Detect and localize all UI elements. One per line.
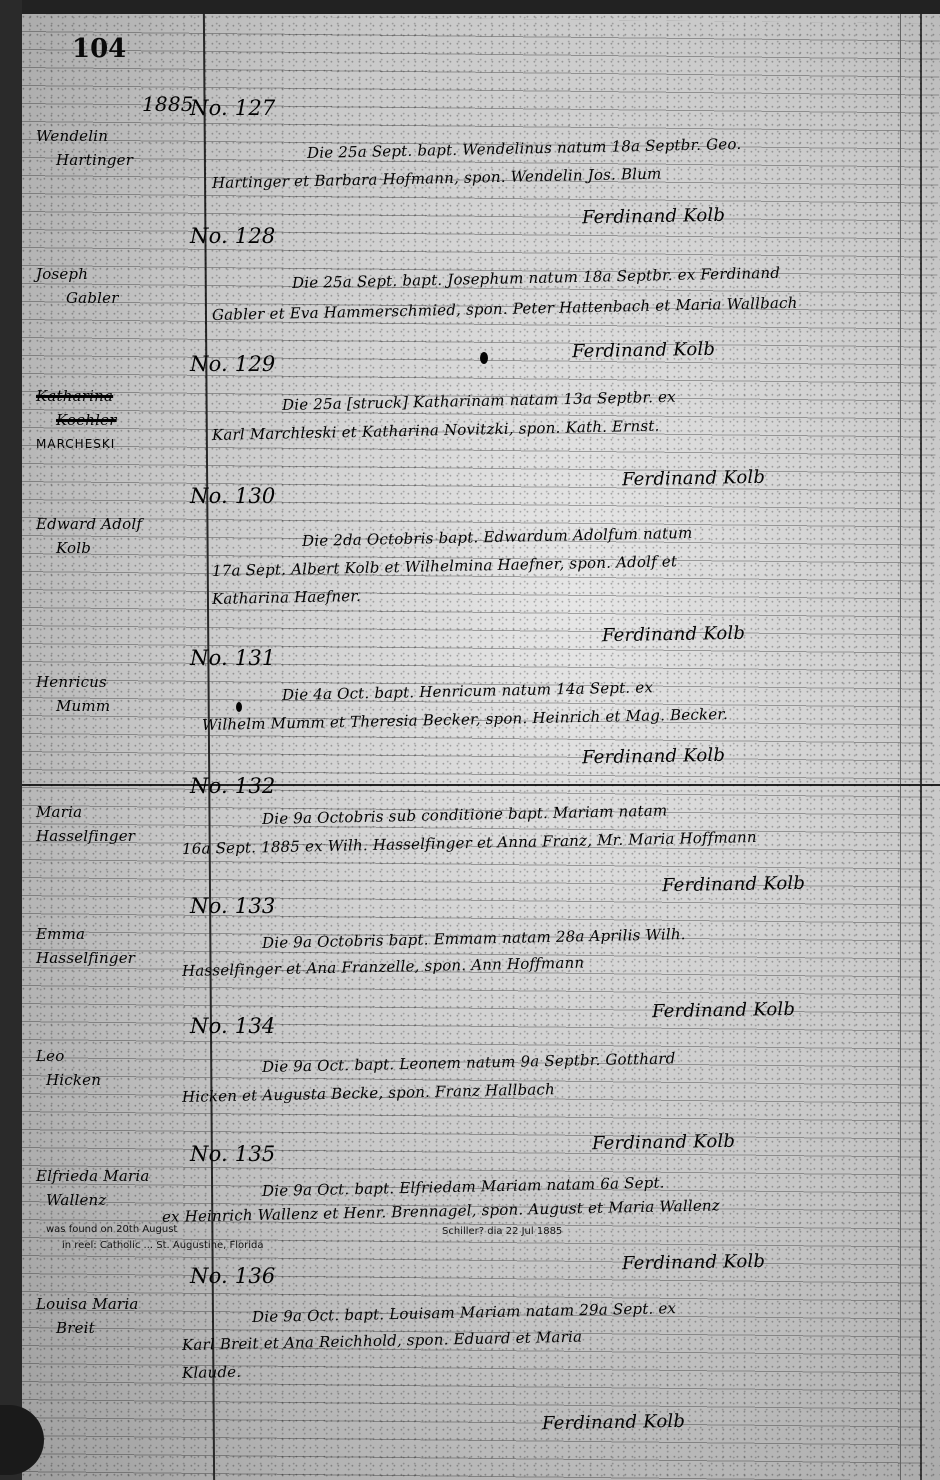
given-name: Henricus [36,670,196,694]
entry-number: No. 127 [190,96,275,120]
book-binding-edge [0,0,22,1480]
entry-number: No. 129 [190,352,275,376]
priest-signature: Ferdinand Kolb [582,205,725,228]
entry-number: No. 131 [190,646,275,670]
margin-child-name: Elfrieda Maria Wallenz [36,1164,196,1212]
section-divider [22,784,940,786]
later-margin-note: was found on 20th August [46,1224,177,1235]
given-name: Louisa Maria [36,1292,196,1316]
surname: Breit [36,1316,196,1340]
entry-text-line: Hartinger et Barbara Hofmann, spon. Wend… [212,165,662,192]
correction-annotation: MARCHESKI [36,432,196,456]
entry-text-line: 17a Sept. Albert Kolb et Wilhelmina Haef… [212,552,677,580]
given-name: Elfrieda Maria [36,1164,196,1188]
surname: Hasselfinger [36,824,196,848]
margin-child-name: Katharina Koehler MARCHESKI [36,384,196,456]
entry-text-line: Karl Marchleski et Katharina Novitzki, s… [212,417,660,444]
entry-number: No. 128 [190,224,275,248]
surname: Hartinger [36,148,196,172]
right-column-rule [900,14,901,1480]
surname: Kolb [36,536,196,560]
entry-text-line: Die 9a Oct. bapt. Elfriedam Mariam natam… [262,1174,665,1200]
entry-text-line: 16a Sept. 1885 ex Wilh. Hasselfinger et … [182,828,757,858]
given-name: Maria [36,800,196,824]
entry-text-line: Die 9a Octobris sub conditione bapt. Mar… [262,802,668,828]
entry-number: No. 130 [190,484,275,508]
later-margin-note: in reel: Catholic ... St. Augustine, Flo… [62,1240,264,1251]
ink-blot [480,352,488,364]
entry-text-line: Die 9a Oct. bapt. Louisam Mariam natam 2… [252,1299,676,1326]
entry-text-line: Hasselfinger et Ana Franzelle, spon. Ann… [182,954,585,980]
priest-signature: Ferdinand Kolb [582,745,725,768]
given-name: Wendelin [36,124,196,148]
margin-child-name: Leo Hicken [36,1044,196,1092]
margin-child-name: Emma Hasselfinger [36,922,196,970]
entry-number: No. 133 [190,894,275,918]
entry-text-line: Die 2da Octobris bapt. Edwardum Adolfum … [302,524,693,550]
entry-text-line: Die 25a Sept. bapt. Wendelinus natum 18a… [307,135,742,162]
margin-child-name: Wendelin Hartinger [36,124,196,172]
entry-number: No. 136 [190,1264,275,1288]
entry-text-line: Die 9a Octobris bapt. Emmam natam 28a Ap… [262,925,686,952]
register-year: 1885 [142,92,194,116]
priest-signature: Ferdinand Kolb [652,999,795,1022]
given-name: Edward Adolf [36,512,196,536]
priest-signature: Ferdinand Kolb [622,467,765,490]
entry-number: No. 132 [190,774,275,798]
entry-number: No. 134 [190,1014,275,1038]
given-name: Leo [36,1044,196,1068]
surname: Gabler [36,286,196,310]
entry-text-line: Die 25a [struck] Katharinam natam 13a Se… [282,388,676,414]
register-page: 104 1885 No. 127 Wendelin Hartinger Die … [22,14,940,1480]
given-name: Katharina [36,384,196,408]
page-fold-rule [920,14,922,1480]
priest-signature: Ferdinand Kolb [662,873,805,896]
entry-text-line: Wilhelm Mumm et Theresia Becker, spon. H… [202,705,728,734]
entry-text-line: Die 25a Sept. bapt. Josephum natum 18a S… [292,264,780,292]
margin-child-name: Louisa Maria Breit [36,1292,196,1340]
priest-signature: Ferdinand Kolb [572,339,715,362]
entry-number: No. 135 [190,1142,275,1166]
struck-surname: Koehler [36,408,196,432]
surname: Hicken [36,1068,196,1092]
entry-text-line: ex Heinrich Wallenz et Henr. Brennagel, … [162,1196,720,1226]
surname: Hasselfinger [36,946,196,970]
margin-child-name: Edward Adolf Kolb [36,512,196,560]
later-inline-note: Schiller? dia 22 Jul 1885 [442,1226,562,1237]
entry-text-line: Hicken et Augusta Becke, spon. Franz Hal… [182,1080,555,1106]
entry-text-line: Gabler et Eva Hammerschmied, spon. Peter… [212,294,798,324]
priest-signature: Ferdinand Kolb [602,623,745,646]
page-number: 104 [72,34,126,64]
entry-text-line: Die 9a Oct. bapt. Leonem natum 9a Septbr… [262,1049,676,1076]
entry-text-line: Karl Breit et Ana Reichhold, spon. Eduar… [182,1328,582,1354]
priest-signature: Ferdinand Kolb [592,1131,735,1154]
entry-text-line: Katharina Haefner. [212,587,361,608]
entry-text-line: Klaude. [182,1363,242,1382]
ink-blot [236,702,242,712]
given-name: Joseph [36,262,196,286]
surname: Mumm [36,694,196,718]
margin-child-name: Maria Hasselfinger [36,800,196,848]
margin-child-name: Henricus Mumm [36,670,196,718]
margin-child-name: Joseph Gabler [36,262,196,310]
priest-signature: Ferdinand Kolb [622,1251,765,1274]
entry-text-line: Die 4a Oct. bapt. Henricum natum 14a Sep… [282,678,653,704]
given-name: Emma [36,922,196,946]
priest-signature: Ferdinand Kolb [542,1411,685,1434]
